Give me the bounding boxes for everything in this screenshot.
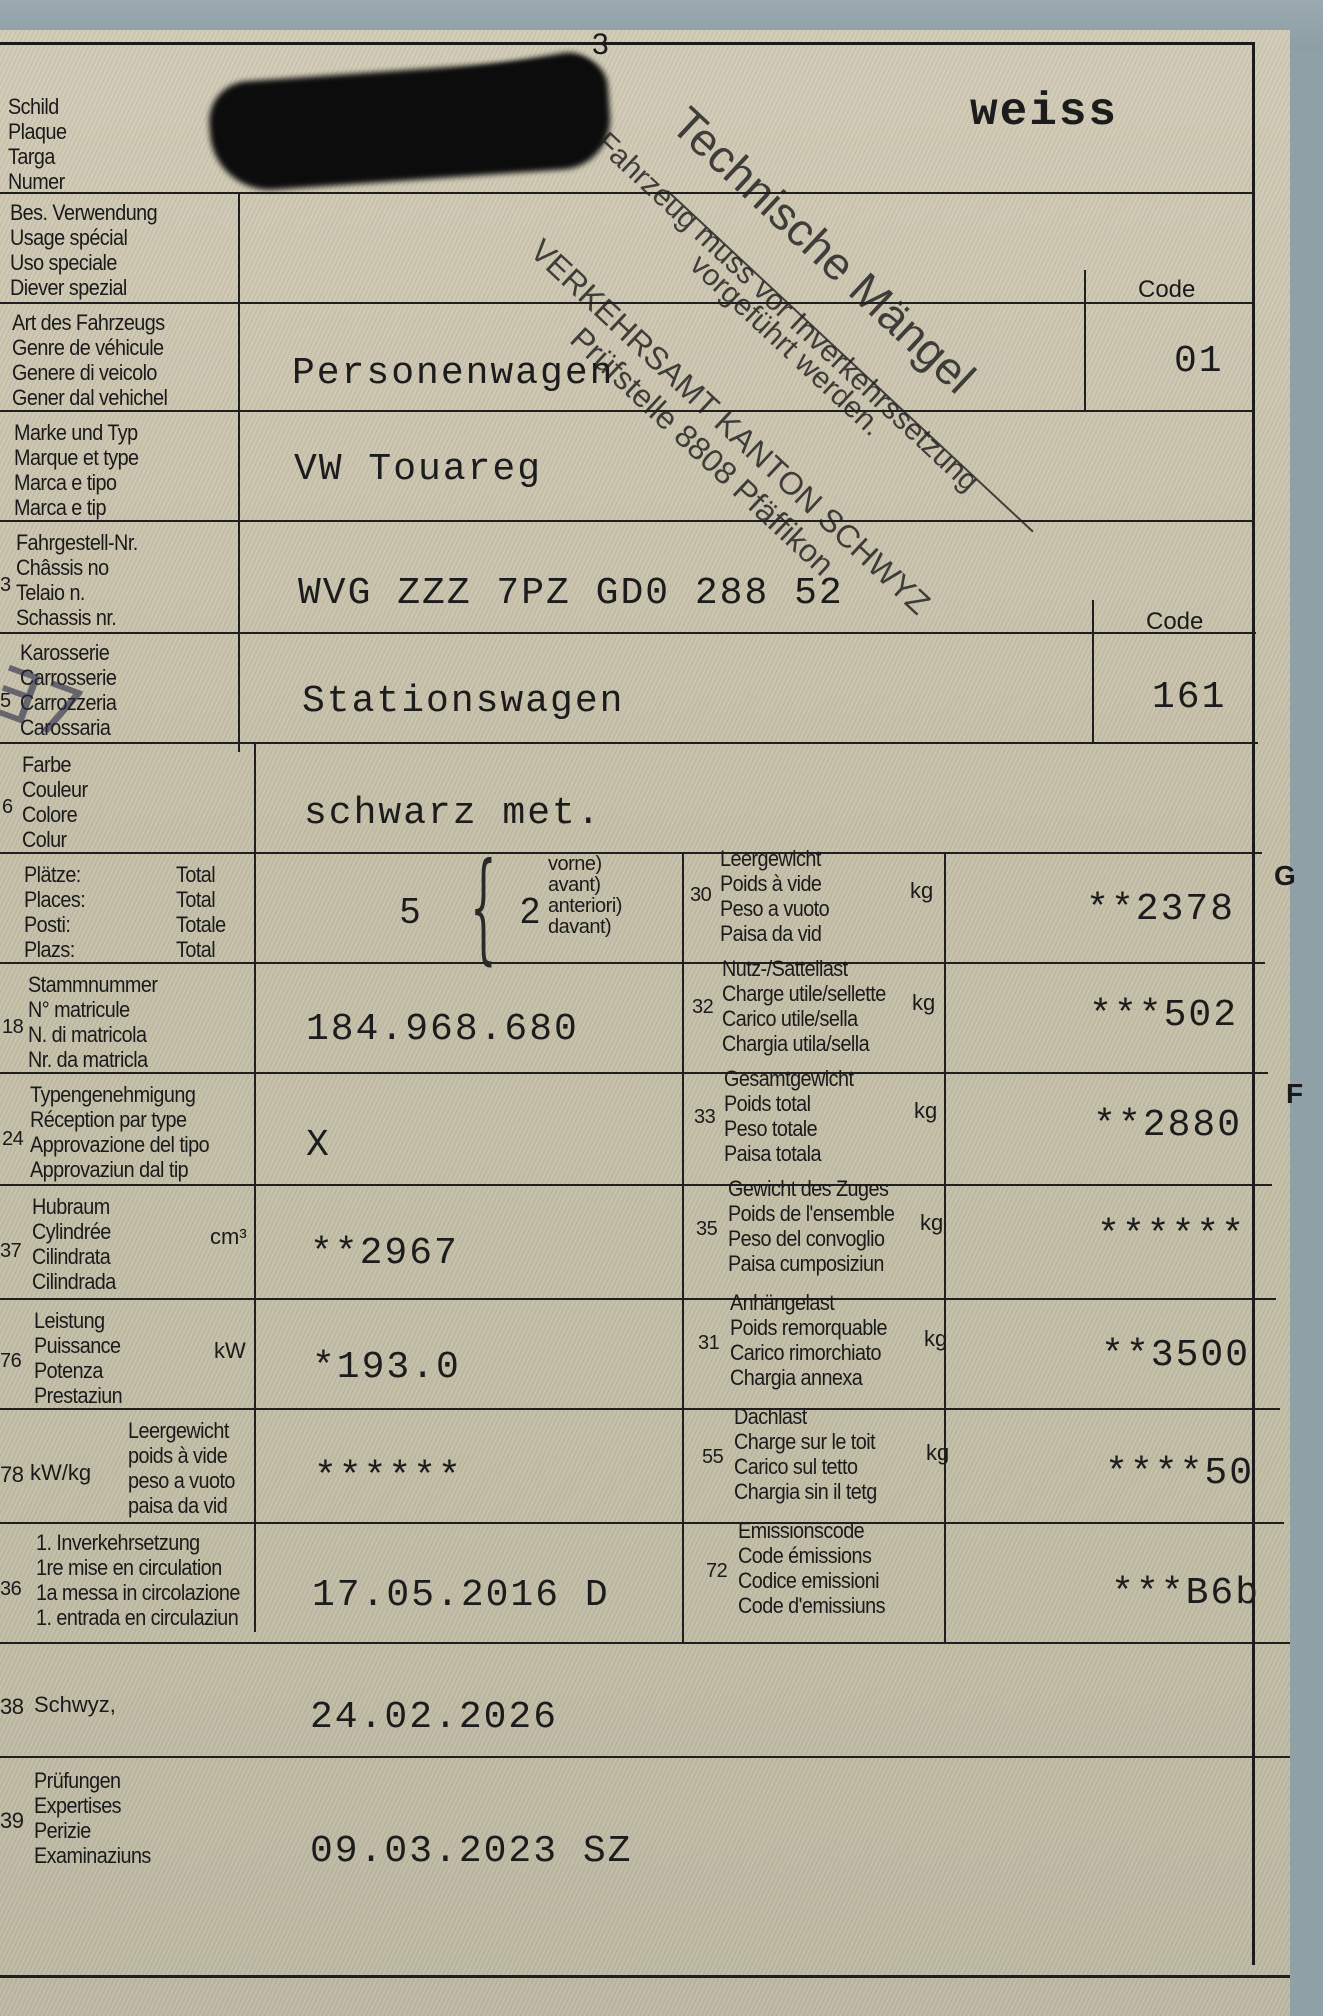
inspections-field-number: 39 bbox=[0, 1808, 23, 1834]
chassis-field-number: 3 bbox=[0, 574, 11, 597]
color-value: schwarz met. bbox=[304, 792, 602, 835]
total-weight-field-number: 33 bbox=[694, 1106, 715, 1129]
roof-load-value: ****50 bbox=[950, 1452, 1254, 1495]
row-divider bbox=[0, 852, 1262, 854]
power-weight-field-number: 78 bbox=[0, 1462, 23, 1488]
column-divider bbox=[254, 742, 256, 1632]
inspections-value: 09.03.2023 SZ bbox=[310, 1830, 632, 1873]
vehicle-type-code: 01 bbox=[1174, 340, 1224, 383]
issued-place-label: Schwyz, bbox=[34, 1692, 116, 1718]
power-value: *193.0 bbox=[312, 1346, 461, 1389]
displacement-unit: cm³ bbox=[210, 1224, 247, 1250]
seats-total-label: TotalTotalTotaleTotal bbox=[176, 862, 226, 962]
displacement-field-number: 37 bbox=[0, 1240, 21, 1263]
train-weight-field-number: 35 bbox=[696, 1218, 717, 1241]
type-approval-field-number: 24 bbox=[2, 1128, 23, 1151]
special-use-label: Bes. VerwendungUsage spécialUso speciale… bbox=[10, 200, 157, 300]
matriculation-field-number: 18 bbox=[2, 1016, 23, 1039]
row-divider bbox=[0, 302, 1252, 304]
make-model-value: VW Touareg bbox=[294, 448, 542, 491]
row-divider bbox=[0, 520, 1255, 522]
row-divider bbox=[0, 1298, 1276, 1300]
power-weight-unit: kW/kg bbox=[30, 1460, 91, 1486]
chassis-value: WVG ZZZ 7PZ GD0 288 52 bbox=[298, 572, 844, 615]
total-weight-label: GesamtgewichtPoids totalPeso totalePaisa… bbox=[724, 1066, 853, 1166]
row-divider bbox=[0, 1072, 1268, 1074]
side-letter-g: G bbox=[1274, 860, 1296, 892]
plate-color-value: weiss bbox=[970, 86, 1118, 138]
row-divider bbox=[0, 1184, 1272, 1186]
train-weight-label: Gewicht des ZugesPoids de l'ensemblePeso… bbox=[728, 1176, 894, 1276]
roof-load-unit: kg bbox=[926, 1440, 949, 1466]
row-divider bbox=[0, 1522, 1284, 1524]
emissions-value: ***B6b bbox=[950, 1572, 1260, 1615]
power-unit: kW bbox=[214, 1338, 246, 1364]
row-divider bbox=[0, 962, 1265, 964]
empty-weight-value: **2378 bbox=[950, 888, 1235, 931]
power-weight-value: ****** bbox=[314, 1456, 463, 1499]
plate-label: SchildPlaqueTargaNumer bbox=[8, 94, 66, 194]
color-field-number: 6 bbox=[2, 796, 13, 819]
displacement-value: **2967 bbox=[310, 1232, 459, 1275]
matriculation-value: 184.968.680 bbox=[306, 1008, 579, 1051]
empty-weight-label: LeergewichtPoids à videPeso a vuotoPaisa… bbox=[720, 846, 829, 946]
row-divider bbox=[0, 1756, 1290, 1758]
row-divider bbox=[0, 410, 1254, 412]
payload-label: Nutz-/SattellastCharge utile/selletteCar… bbox=[722, 956, 886, 1056]
roof-load-label: DachlastCharge sur le toitCarico sul tet… bbox=[734, 1404, 877, 1504]
matriculation-label: StammnummerN° matriculeN. di matricolaNr… bbox=[28, 972, 157, 1072]
payload-field-number: 32 bbox=[692, 996, 713, 1019]
empty-weight-unit: kg bbox=[910, 878, 933, 904]
trailer-load-field-number: 31 bbox=[698, 1332, 719, 1355]
train-weight-value: ****** bbox=[950, 1214, 1246, 1257]
brace-icon: { bbox=[470, 858, 497, 958]
vehicle-type-code-label: Code bbox=[1138, 276, 1195, 304]
row-divider bbox=[0, 742, 1258, 744]
inspections-label: PrüfungenExpertisesPerizieExaminaziuns bbox=[34, 1768, 151, 1868]
body-code-label: Code bbox=[1146, 608, 1203, 636]
issued-date-value: 24.02.2026 bbox=[310, 1696, 558, 1739]
empty-weight-field-number: 30 bbox=[690, 884, 711, 907]
displacement-label: HubraumCylindréeCilindrataCilindrada bbox=[32, 1194, 116, 1294]
seats-total-value: 5 bbox=[400, 890, 422, 932]
code-box-divider bbox=[1092, 600, 1094, 742]
first-registration-field-number: 36 bbox=[0, 1578, 21, 1601]
row-divider bbox=[0, 1642, 1290, 1644]
power-weight-label: Leergewichtpoids à videpeso a vuotopaisa… bbox=[128, 1418, 235, 1518]
row-divider bbox=[0, 1975, 1290, 1978]
trailer-load-value: **3500 bbox=[950, 1334, 1250, 1377]
column-divider bbox=[238, 192, 240, 752]
type-approval-label: TypengenehmigungRéception par typeApprov… bbox=[30, 1082, 209, 1182]
color-label: FarbeCouleurColoreColur bbox=[22, 752, 88, 852]
train-weight-unit: kg bbox=[920, 1210, 943, 1236]
row-divider bbox=[0, 632, 1256, 634]
seats-label: Plätze:Places:Posti:Plazs: bbox=[24, 862, 85, 962]
roof-load-field-number: 55 bbox=[702, 1446, 723, 1469]
type-approval-value: X bbox=[306, 1124, 331, 1167]
power-field-number: 76 bbox=[0, 1350, 21, 1373]
chassis-label: Fahrgestell-Nr.Châssis noTelaio n.Schass… bbox=[16, 530, 138, 630]
total-weight-unit: kg bbox=[914, 1098, 937, 1124]
side-letter-f: F bbox=[1286, 1078, 1303, 1110]
emissions-field-number: 72 bbox=[706, 1560, 727, 1583]
first-registration-value: 17.05.2016 D bbox=[312, 1574, 610, 1617]
body-code: 161 bbox=[1152, 676, 1226, 719]
power-label: LeistungPuissancePotenzaPrestaziun bbox=[34, 1308, 122, 1408]
column-divider bbox=[682, 852, 684, 1642]
total-weight-value: **2880 bbox=[950, 1104, 1242, 1147]
vehicle-type-value: Personenwagen bbox=[292, 352, 614, 395]
column-divider bbox=[944, 852, 946, 1642]
issued-field-number: 38 bbox=[0, 1694, 23, 1720]
seats-front-label: vorne)avant)anteriori)davant) bbox=[548, 854, 622, 938]
trailer-load-label: AnhängelastPoids remorquableCarico rimor… bbox=[730, 1290, 887, 1390]
emissions-label: EmissionscodeCode émissionsCodice emissi… bbox=[738, 1518, 885, 1618]
payload-value: ***502 bbox=[950, 994, 1238, 1037]
code-box-divider bbox=[1084, 270, 1086, 410]
row-divider bbox=[0, 192, 1252, 194]
seats-front-value: 2 bbox=[520, 890, 542, 932]
make-model-label: Marke und TypMarque et typeMarca e tipoM… bbox=[14, 420, 139, 520]
body-value: Stationswagen bbox=[302, 680, 624, 723]
first-registration-label: 1. Inverkehrsetzung1re mise en circulati… bbox=[36, 1530, 240, 1630]
vehicle-type-label: Art des FahrzeugsGenre de véhiculeGenere… bbox=[12, 310, 167, 410]
trailer-load-unit: kg bbox=[924, 1326, 947, 1352]
payload-unit: kg bbox=[912, 990, 935, 1016]
row-divider bbox=[0, 1408, 1280, 1410]
